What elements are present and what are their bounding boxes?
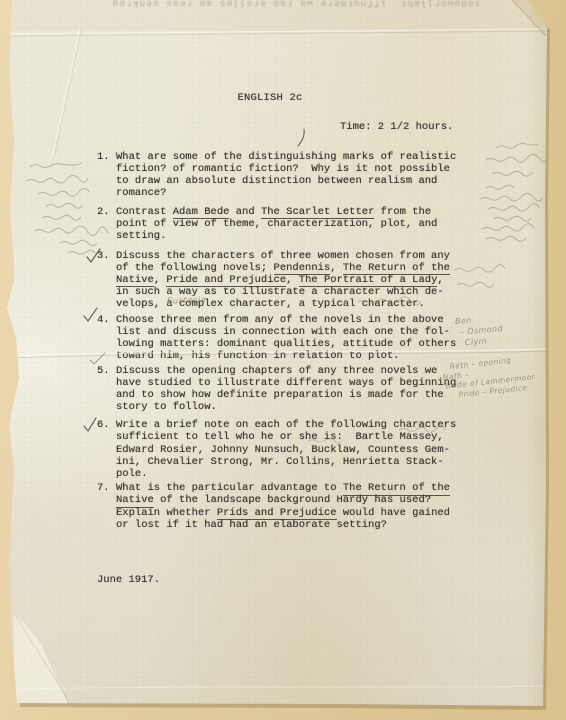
question-list: 1. What are some of the distinguishing m… bbox=[97, 151, 489, 531]
question-number: 7. bbox=[97, 482, 116, 494]
pencil-scribbles-left-margin bbox=[26, 163, 108, 254]
question-number: 3. bbox=[97, 250, 116, 262]
question-number: 5. bbox=[97, 365, 116, 377]
question-6: 6. Write a brief note on each of the fol… bbox=[97, 419, 489, 479]
pencil-notes-q5-margin: Retn – opening Nath – Bride of Lammermoo… bbox=[441, 353, 536, 400]
question-2: 2. Contrast Adam Bede and The Scarlet Le… bbox=[97, 206, 489, 242]
exam-paper: sodoworjlaht iffnotmere wa rao erojjes a… bbox=[0, 0, 566, 720]
pencil-note-eustacia: Eustacia bbox=[167, 295, 206, 306]
question-1: 1. What are some of the distinguishing m… bbox=[97, 151, 489, 199]
question-5: 5. Discuss the opening chapters of any t… bbox=[97, 365, 489, 413]
pencil-note: Clym bbox=[465, 335, 505, 348]
page-title: ENGLISH 2c bbox=[0, 92, 540, 104]
question-text: Contrast Adam Bede and The Scarlet Lette… bbox=[116, 206, 489, 242]
question-number: 4. bbox=[97, 314, 116, 326]
pencil-notes-q4-margin: Ben – Osmond Clym bbox=[455, 313, 505, 350]
question-7: 7. What is the particular advantage to T… bbox=[97, 482, 489, 530]
checkmark-q1 bbox=[298, 129, 304, 146]
question-text: What is the particular advantage to The … bbox=[116, 482, 489, 530]
question-number: 1. bbox=[97, 151, 116, 163]
question-number: 6. bbox=[97, 419, 116, 431]
question-text: Write a brief note on each of the follow… bbox=[116, 419, 489, 479]
photo-background: sodoworjlaht iffnotmere wa rao erojjes a… bbox=[0, 0, 566, 720]
question-text: Choose three men from any of the novels … bbox=[116, 314, 489, 362]
checkmark-q4 bbox=[84, 308, 97, 321]
exam-date: June 1917. bbox=[97, 574, 160, 586]
question-4: 4. Choose three men from any of the nove… bbox=[97, 314, 489, 362]
bleed-through-text: sodoworjlaht iffnotmere wa rao erojjes a… bbox=[96, 0, 496, 9]
time-allowance: Time: 2 1/2 hours. bbox=[340, 121, 453, 133]
question-3: 3. Discuss the characters of three women… bbox=[97, 250, 489, 310]
checkmark-q6 bbox=[84, 418, 96, 431]
question-text: What are some of the distinguishing mark… bbox=[116, 151, 489, 199]
question-text: Discuss the opening chapters of any thre… bbox=[116, 365, 489, 413]
question-number: 2. bbox=[97, 206, 116, 218]
